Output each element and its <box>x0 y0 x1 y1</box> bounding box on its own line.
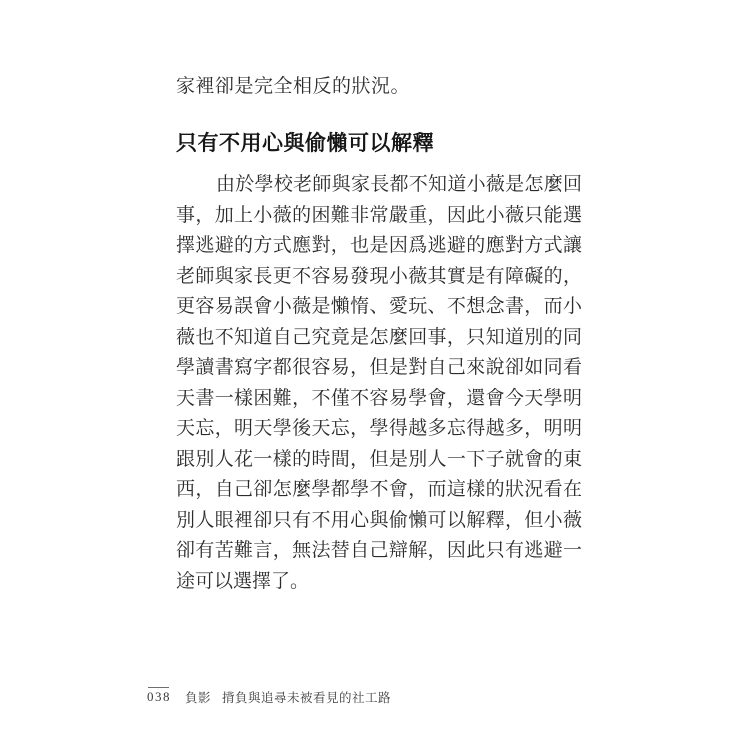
body-line: 途可以選擇了。 <box>176 567 582 598</box>
body-line: 西，自己卻怎麼學都學不會，而這樣的狀況看在 <box>176 475 582 506</box>
body-line: 天書一樣困難，不僅不容易學會，還會今天學明 <box>176 384 582 415</box>
body-line: 卻有苦難言，無法替自己辯解，因此只有逃避一 <box>176 536 582 567</box>
carryover-line: 家裡卻是完全相反的狀況。 <box>176 72 582 102</box>
body-line: 天忘，明天學後天忘，學得越多忘得越多，明明 <box>176 414 582 445</box>
page-text-block: 家裡卻是完全相反的狀況。 只有不用心與偷懶可以解釋 由於學校老師與家長都不知道小… <box>176 72 582 597</box>
body-line: 更容易誤會小薇是懶惰、愛玩、不想念書，而小 <box>176 292 582 323</box>
book-title: 負影 <box>185 688 211 706</box>
body-line: 擇逃避的方式應對，也是因爲逃避的應對方式讓 <box>176 231 582 262</box>
body-line: 事，加上小薇的困難非常嚴重，因此小薇只能選 <box>176 201 582 232</box>
body-line: 別人眼裡卻只有不用心與偷懶可以解釋，但小薇 <box>176 506 582 537</box>
body-line: 老師與家長更不容易發現小薇其實是有障礙的， <box>176 262 582 293</box>
book-page: 家裡卻是完全相反的狀況。 只有不用心與偷懶可以解釋 由於學校老師與家長都不知道小… <box>0 0 750 750</box>
body-line: 學讀書寫字都很容易，但是對自己來說卻如同看 <box>176 353 582 384</box>
page-number: 038 <box>147 689 171 705</box>
section-heading: 只有不用心與偷懶可以解釋 <box>176 128 582 158</box>
body-line: 由於學校老師與家長都不知道小薇是怎麼回 <box>176 170 582 201</box>
body-line: 薇也不知道自己究竟是怎麼回事，只知道別的同 <box>176 323 582 354</box>
body-paragraph: 由於學校老師與家長都不知道小薇是怎麼回 事，加上小薇的困難非常嚴重，因此小薇只能… <box>176 170 582 597</box>
body-line: 跟別人花一樣的時間，但是別人一下子就會的東 <box>176 445 582 476</box>
book-subtitle: 揹負與追尋未被看見的社工路 <box>222 688 391 706</box>
page-number-rule <box>148 687 169 688</box>
